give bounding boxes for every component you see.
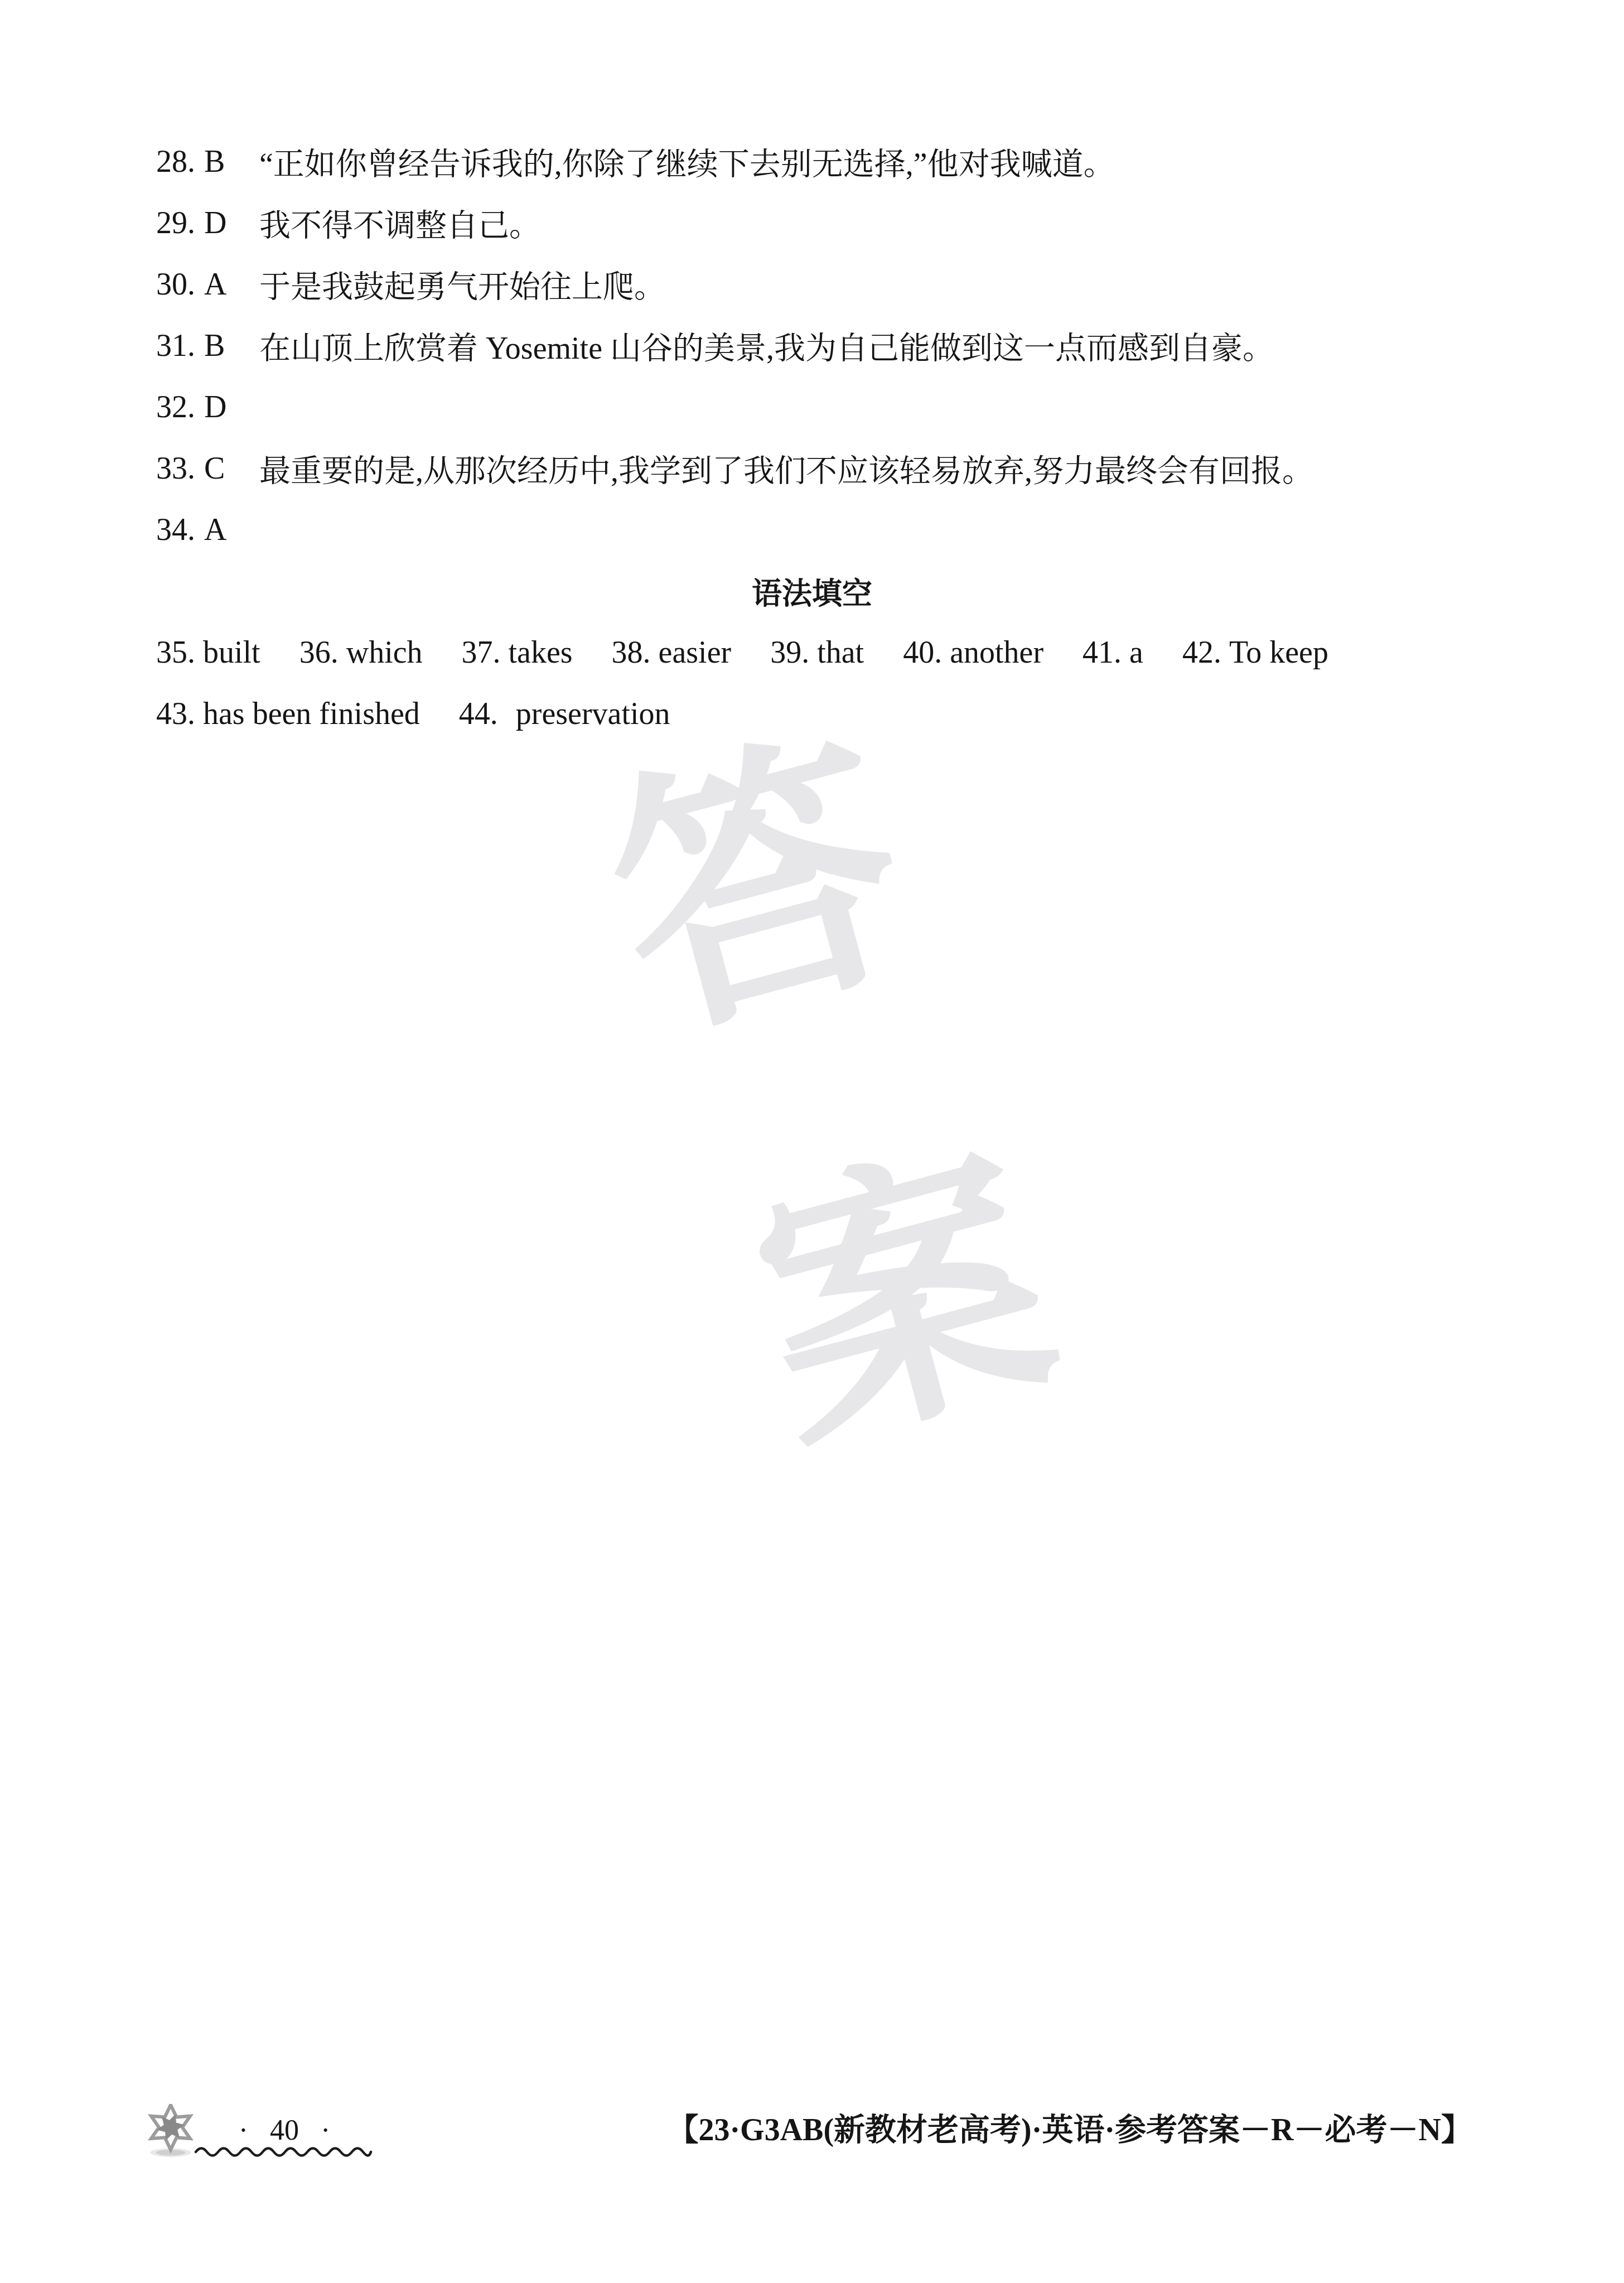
grammar-answer-44: 44.preservation (459, 696, 670, 732)
answer-letter: B (204, 144, 259, 180)
page-number: · 40 · (219, 2114, 350, 2147)
grammar-answer-38: 38.easier (612, 635, 732, 670)
answer-word: easier (659, 635, 732, 670)
question-number: 41. (1082, 635, 1122, 670)
answer-word: To keep (1229, 635, 1328, 670)
answer-letter: D (204, 205, 259, 241)
answer-row-29: 29.D我不得不调整自己。 (0, 192, 1624, 254)
question-number: 32. (156, 389, 204, 425)
question-number: 30. (156, 267, 204, 302)
answer-word: preservation (516, 697, 670, 731)
answer-row-30: 30.A于是我鼓起勇气开始往上爬。 (0, 254, 1624, 315)
grammar-answer-40: 40.another (903, 635, 1043, 670)
answer-explanation: 我不得不调整自己。 (259, 201, 540, 245)
grammar-answers-line-1: 35.built 36.which 37.takes 38.easier 39.… (0, 622, 1624, 683)
answer-letter: A (204, 512, 259, 548)
question-number: 36. (299, 635, 339, 670)
question-number: 39. (770, 635, 809, 670)
grammar-answers-line-2: 43.has been finished 44.preservation (0, 683, 1624, 745)
grammar-answer-43: 43.has been finished (156, 696, 420, 732)
answer-explanation: 在山顶上欣赏着 Yosemite 山谷的美景,我为自己能做到这一点而感到自豪。 (259, 324, 1274, 368)
watermark-char-da: 答 (581, 709, 936, 1065)
answer-row-34: 34.A (0, 499, 1624, 561)
edition-code: 【23·G3AB(新教材老高考)·英语·参考答案－R－必考－N】 (667, 2112, 1472, 2149)
grammar-answer-39: 39.that (770, 635, 864, 670)
answer-word: which (346, 635, 423, 670)
answer-letter: D (204, 389, 259, 425)
answer-word: that (817, 635, 864, 670)
answer-word: another (950, 635, 1043, 670)
question-number: 34. (156, 512, 204, 548)
question-number: 44. (459, 697, 498, 731)
question-number: 31. (156, 328, 204, 364)
question-number: 38. (612, 635, 651, 670)
answer-word: a (1129, 635, 1143, 670)
grammar-answer-35: 35.built (156, 635, 260, 670)
grammar-answer-41: 41.a (1082, 635, 1143, 670)
answer-word: has been finished (203, 697, 420, 731)
question-number: 28. (156, 144, 204, 180)
grammar-answer-42: 42.To keep (1182, 635, 1328, 670)
answer-row-31: 31.B在山顶上欣赏着 Yosemite 山谷的美景,我为自己能做到这一点而感到… (0, 315, 1624, 377)
question-number: 42. (1182, 635, 1221, 670)
grammar-answer-37: 37.takes (462, 635, 573, 670)
answer-word: takes (509, 635, 573, 670)
answer-row-32: 32.D (0, 377, 1624, 438)
answer-letter: A (204, 267, 259, 302)
question-number: 40. (903, 635, 942, 670)
page-footer: · 40 · 【23·G3AB(新教材老高考)·英语·参考答案－R－必考－N】 (0, 2103, 1624, 2187)
question-number: 33. (156, 451, 204, 486)
answer-letter: C (204, 451, 259, 486)
question-number: 29. (156, 205, 204, 241)
starburst-icon (146, 2104, 195, 2157)
answer-letter: B (204, 328, 259, 364)
answer-explanation: 于是我鼓起勇气开始往上爬。 (259, 262, 665, 307)
answer-row-33: 33.C最重要的是,从那次经历中,我学到了我们不应该轻易放弃,努力最终会有回报。 (0, 438, 1624, 499)
grammar-answer-36: 36.which (299, 635, 423, 670)
answer-word: built (203, 635, 260, 670)
answer-key-page: 答 案 28.B“正如你曾经告诉我的,你除了继续下去别无选择,”他对我喊道。 2… (0, 0, 1624, 2283)
answer-explanation: “正如你曾经告诉我的,你除了继续下去别无选择,”他对我喊道。 (259, 139, 1115, 184)
wavy-underline (194, 2143, 373, 2157)
answer-explanation: 最重要的是,从那次经历中,我学到了我们不应该轻易放弃,努力最终会有回报。 (259, 446, 1313, 491)
answers-section: 28.B“正如你曾经告诉我的,你除了继续下去别无选择,”他对我喊道。 29.D我… (0, 131, 1624, 745)
watermark-char-an: 案 (726, 1122, 1081, 1478)
question-number: 35. (156, 635, 195, 670)
answer-row-28: 28.B“正如你曾经告诉我的,你除了继续下去别无选择,”他对我喊道。 (0, 131, 1624, 192)
question-number: 37. (462, 635, 501, 670)
question-number: 43. (156, 697, 195, 731)
section-header-grammar-fill: 语法填空 (0, 561, 1624, 622)
